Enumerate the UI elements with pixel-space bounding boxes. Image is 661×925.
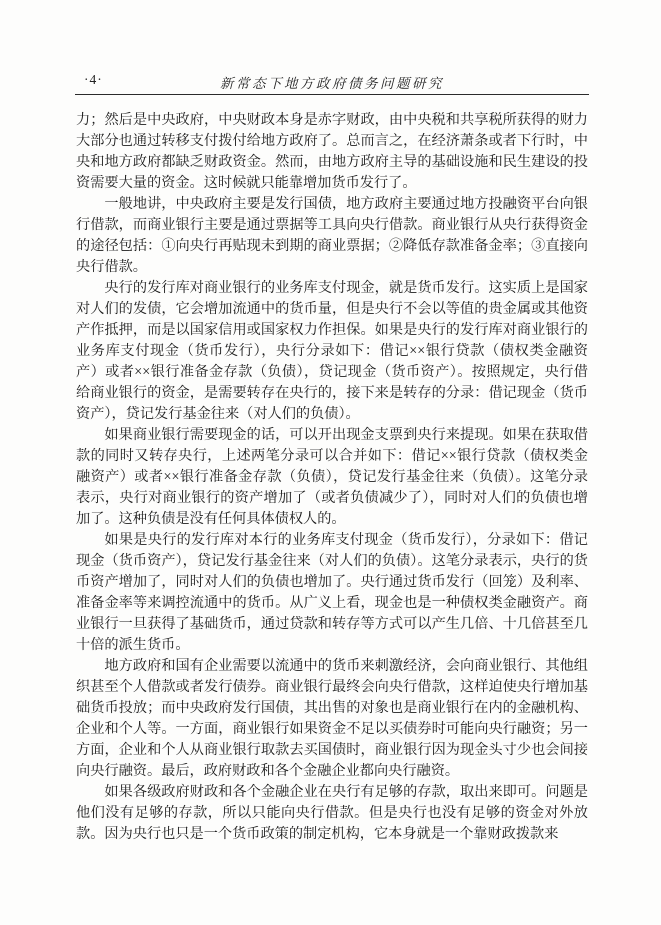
- paragraph: 一般地讲，中央政府主要是发行国债，地方政府主要通过地方投融资平台向银行借款，而商…: [76, 194, 588, 278]
- paragraph: 地方政府和国有企业需要以流通中的货币来刺激经济，会向商业银行、其他组织甚至个人借…: [76, 656, 588, 782]
- body-text: 力；然后是中央政府，中央财政本身是赤字财政，由中央税和共享税所获得的财力大部分也…: [76, 110, 588, 845]
- paragraph: 如果是央行的发行库对本行的业务库支付现金（货币发行），分录如下：借记现金（货币资…: [76, 530, 588, 656]
- header-rule-divider: [75, 94, 589, 95]
- book-page: ·4· 新常态下地方政府债务问题研究 力；然后是中央政府，中央财政本身是赤字财政…: [76, 0, 588, 925]
- paragraph-continuation: 力；然后是中央政府，中央财政本身是赤字财政，由中央税和共享税所获得的财力大部分也…: [76, 110, 588, 194]
- paragraph: 如果各级政府财政和各个金融企业在央行有足够的存款，取出来即可。问题是他们没有足够…: [76, 782, 588, 845]
- running-title: 新常态下地方政府债务问题研究: [76, 72, 588, 92]
- paragraph: 如果商业银行需要现金的话，可以开出现金支票到央行来提现。如果在获取借款的同时又转…: [76, 425, 588, 530]
- paragraph: 央行的发行库对商业银行的业务库支付现金，就是货币发行。这实质上是国家对人们的发债…: [76, 278, 588, 425]
- running-header: ·4· 新常态下地方政府债务问题研究: [76, 72, 588, 90]
